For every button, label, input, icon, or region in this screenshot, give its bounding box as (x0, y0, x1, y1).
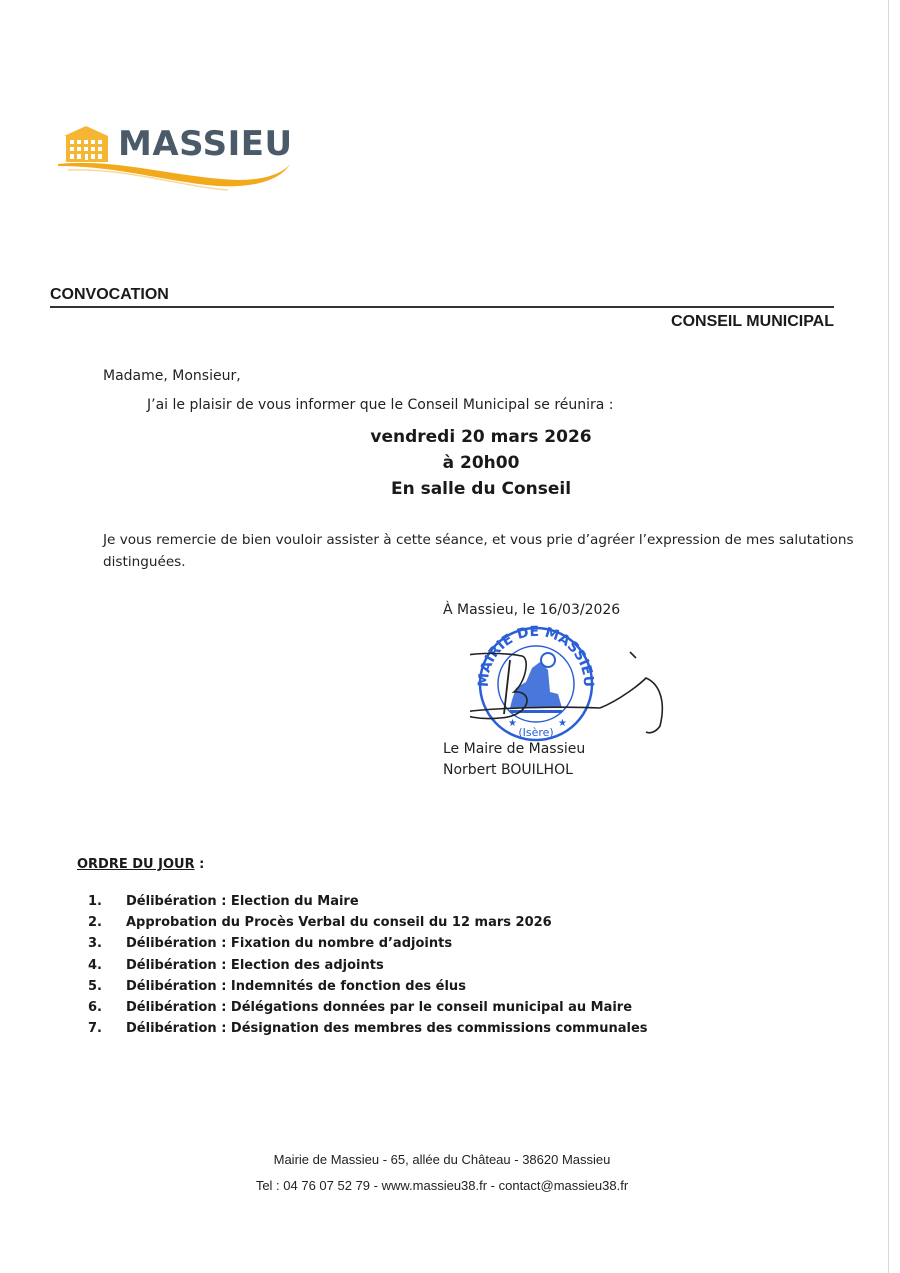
place-date: À Massieu, le 16/03/2026 (443, 602, 620, 618)
closing-text-line1: Je vous remercie de bien vouloir assiste… (103, 532, 854, 548)
document-subtitle: CONSEIL MUNICIPAL (671, 313, 834, 331)
document-title: CONVOCATION (50, 286, 169, 304)
header-divider (50, 306, 834, 308)
agenda-item-number: 7. (88, 1021, 102, 1036)
agenda-item-number: 4. (88, 958, 102, 973)
agenda-item: Délibération : Délégations données par l… (126, 1000, 632, 1015)
agenda-item: Délibération : Election du Maire (126, 894, 359, 909)
greeting: Madame, Monsieur, (103, 368, 241, 384)
agenda-heading: ORDRE DU JOUR : (77, 857, 204, 872)
svg-text:★: ★ (558, 718, 567, 729)
footer-address: Mairie de Massieu - 65, allée du Château… (200, 1152, 684, 1167)
agenda-item-number: 1. (88, 894, 102, 909)
logo-text: MASSIEU (118, 124, 293, 164)
agenda-item-number: 5. (88, 979, 102, 994)
svg-text:(Isère): (Isère) (518, 726, 553, 739)
agenda-item-number: 2. (88, 915, 102, 930)
mairie-stamp-icon: MAIRIE DE MASSIEU (Isère) ★ ★ (470, 622, 670, 742)
closing-text-line2: distinguées. (103, 554, 186, 570)
signatory-title: Le Maire de Massieu (443, 741, 585, 757)
intro-text: J’ai le plaisir de vous informer que le … (147, 397, 614, 413)
agenda-item-number: 3. (88, 936, 102, 951)
meeting-date: vendredi 20 mars 2026 (240, 427, 722, 447)
agenda-item-number: 6. (88, 1000, 102, 1015)
logo: MASSIEU (58, 122, 298, 192)
agenda-item: Délibération : Indemnités de fonction de… (126, 979, 466, 994)
agenda-item: Délibération : Désignation des membres d… (126, 1021, 648, 1036)
svg-text:★: ★ (508, 718, 517, 729)
meeting-place: En salle du Conseil (240, 479, 722, 499)
scan-edge-line (888, 0, 889, 1273)
agenda-heading-label: ORDRE DU JOUR (77, 857, 195, 872)
agenda-item: Délibération : Election des adjoints (126, 958, 384, 973)
footer-contact: Tel : 04 76 07 52 79 - www.massieu38.fr … (200, 1178, 684, 1193)
agenda-item: Délibération : Fixation du nombre d’adjo… (126, 936, 452, 951)
official-stamp: MAIRIE DE MASSIEU (Isère) ★ ★ (470, 622, 670, 742)
signatory-name: Norbert BOUILHOL (443, 762, 573, 778)
meeting-time: à 20h00 (240, 453, 722, 473)
agenda-item: Approbation du Procès Verbal du conseil … (126, 915, 552, 930)
